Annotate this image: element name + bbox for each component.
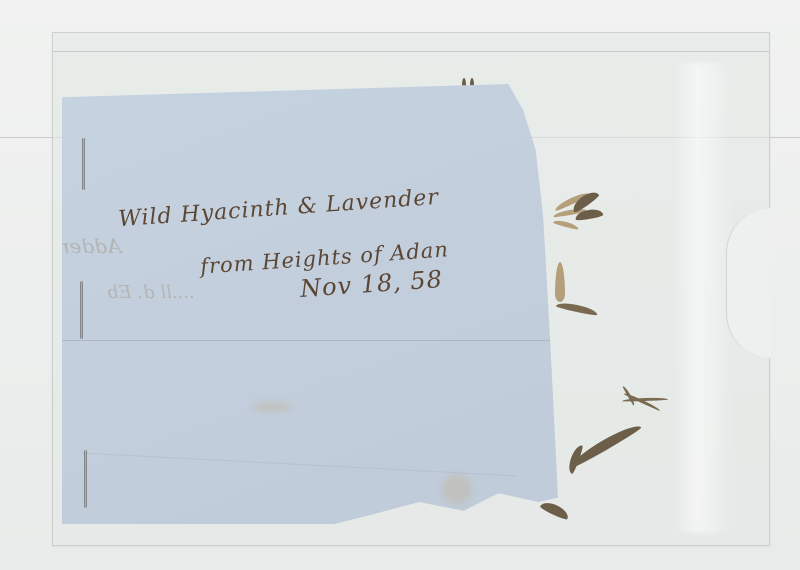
plant-tip-icon [470,78,474,86]
paper-tear-line [82,453,517,477]
paper-fold-line [62,340,558,341]
staple-bottom [84,450,87,508]
sleeve-fold [53,51,769,52]
handwritten-label-paper: Adder ....ll d. Eb Wild Hyacinth & Laven… [62,84,558,524]
label-line-date: Nov 18, 58 [299,265,444,303]
sleeve-thumb-notch [726,208,771,358]
bleed-through-text: Adder [60,234,121,258]
staple-middle [80,281,83,339]
sleeve-crease [673,63,733,533]
paper-stain [442,474,472,504]
bleed-through-text: ....ll d. Eb [107,282,195,303]
staple-top [82,138,85,190]
plant-tip-icon [462,78,466,86]
paper-stain [252,402,292,412]
label-line-species: Wild Hyacinth & Lavender [118,185,440,232]
